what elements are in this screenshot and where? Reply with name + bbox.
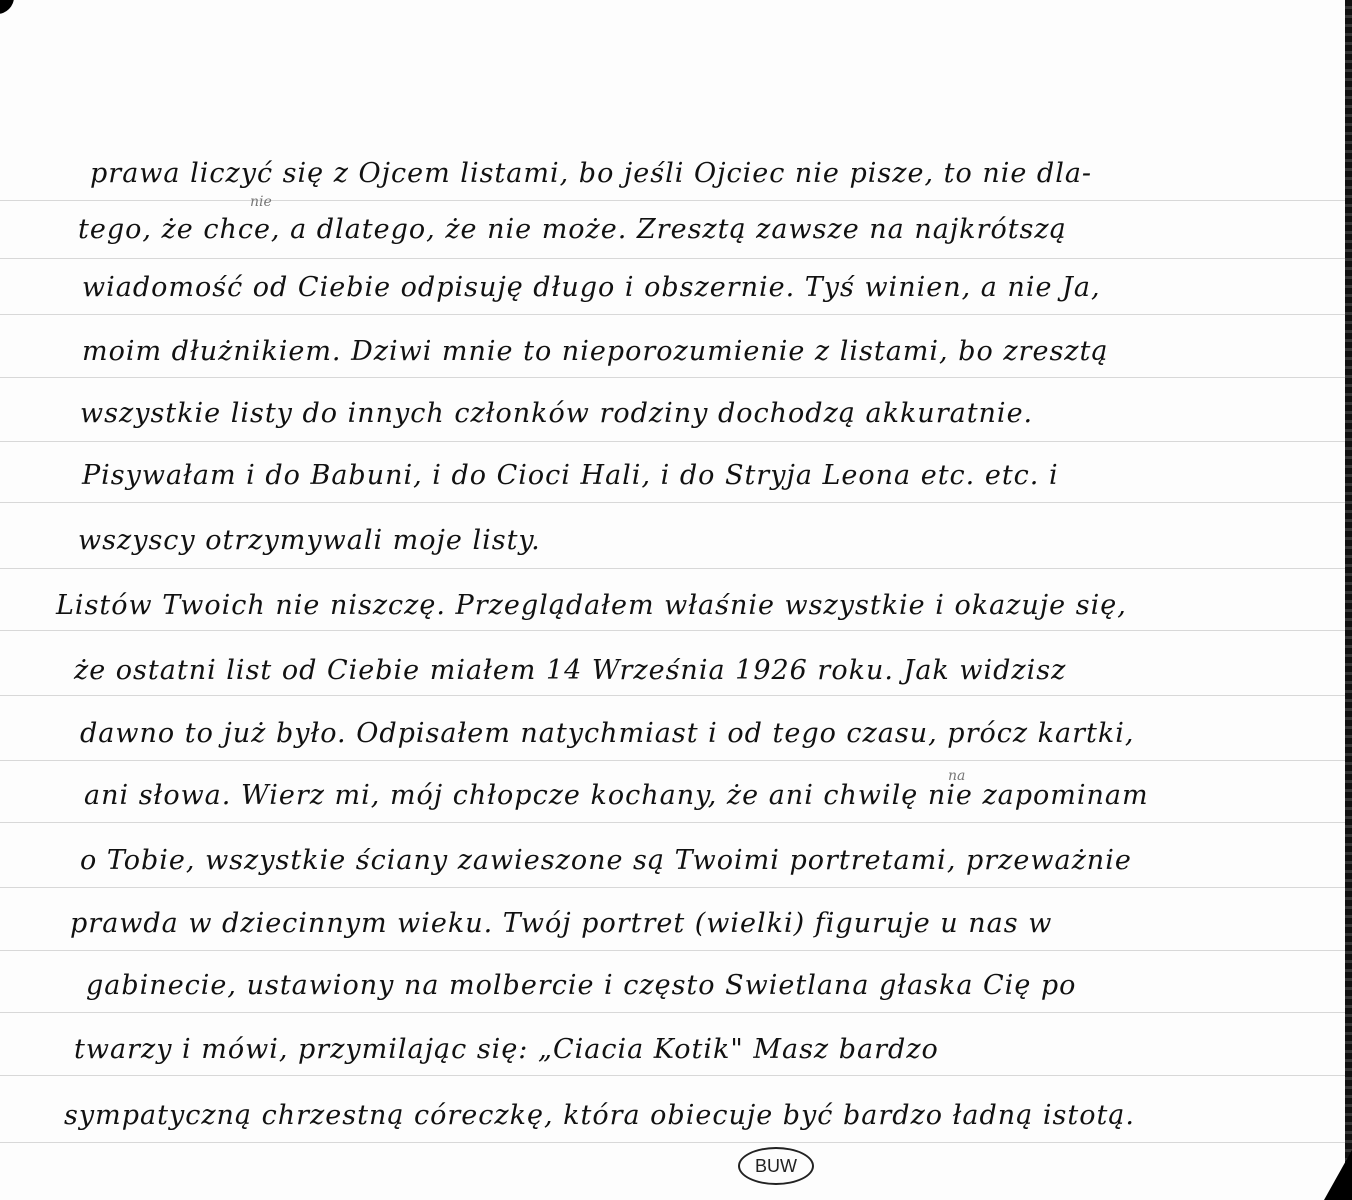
letter-line-11: ani słowa. Wierz mi, mój chłopcze kochan… (84, 780, 1149, 811)
ruled-line (0, 887, 1345, 888)
letter-line-12: o Tobie, wszystkie ściany zawieszone są … (80, 845, 1132, 876)
ruled-line (0, 630, 1345, 631)
letter-line-10: dawno to już było. Odpisałem natychmiast… (80, 718, 1134, 749)
ruled-line (0, 568, 1345, 569)
ruled-line (0, 760, 1345, 761)
letter-line-14: gabinecie, ustawiony na molbercie i częs… (86, 970, 1076, 1001)
letter-line-2: tego, że chce, a dlatego, że nie może. Z… (78, 214, 1067, 245)
letter-line-6: Pisywałam i do Babuni, i do Cioci Hali, … (82, 460, 1059, 491)
letter-line-1: prawa liczyć się z Ojcem listami, bo jeś… (90, 158, 1092, 189)
scan-corner-shadow-bottom (1324, 1150, 1352, 1200)
library-stamp: BUW (738, 1147, 814, 1185)
ruled-line (0, 441, 1345, 442)
letter-line-8: Listów Twoich nie niszczę. Przeglądałem … (56, 590, 1127, 621)
interlinear-insertion-nie: nie (250, 194, 272, 210)
ruled-line (0, 1142, 1345, 1143)
letter-line-9: że ostatni list od Ciebie miałem 14 Wrze… (74, 655, 1066, 686)
paper-torn-edge (1345, 0, 1352, 1200)
stamp-label: BUW (755, 1156, 797, 1177)
letter-line-7: wszyscy otrzymywali moje listy. (78, 525, 541, 556)
letter-line-3: wiadomość od Ciebie odpisuję długo i obs… (82, 272, 1101, 303)
ruled-line (0, 1012, 1345, 1013)
ruled-line (0, 822, 1345, 823)
ruled-line (0, 502, 1345, 503)
letter-line-13: prawda w dziecinnym wieku. Twój portret … (70, 908, 1052, 939)
letter-line-5: wszystkie listy do innych członków rodzi… (80, 398, 1033, 429)
ruled-line (0, 258, 1345, 259)
ruled-line (0, 377, 1345, 378)
letter-line-15: twarzy i mówi, przymilając się: „Ciacia … (74, 1034, 939, 1065)
letter-page: prawa liczyć się z Ojcem listami, bo jeś… (0, 0, 1352, 1200)
ruled-line (0, 200, 1345, 201)
ruled-line (0, 695, 1345, 696)
ruled-line (0, 1075, 1345, 1076)
ruled-line (0, 950, 1345, 951)
ruled-line (0, 314, 1345, 315)
scan-corner-shadow (0, 0, 14, 14)
letter-line-16: sympatyczną chrzestną córeczkę, która ob… (64, 1100, 1135, 1131)
letter-line-4: moim dłużnikiem. Dziwi mnie to nieporozu… (82, 336, 1108, 367)
